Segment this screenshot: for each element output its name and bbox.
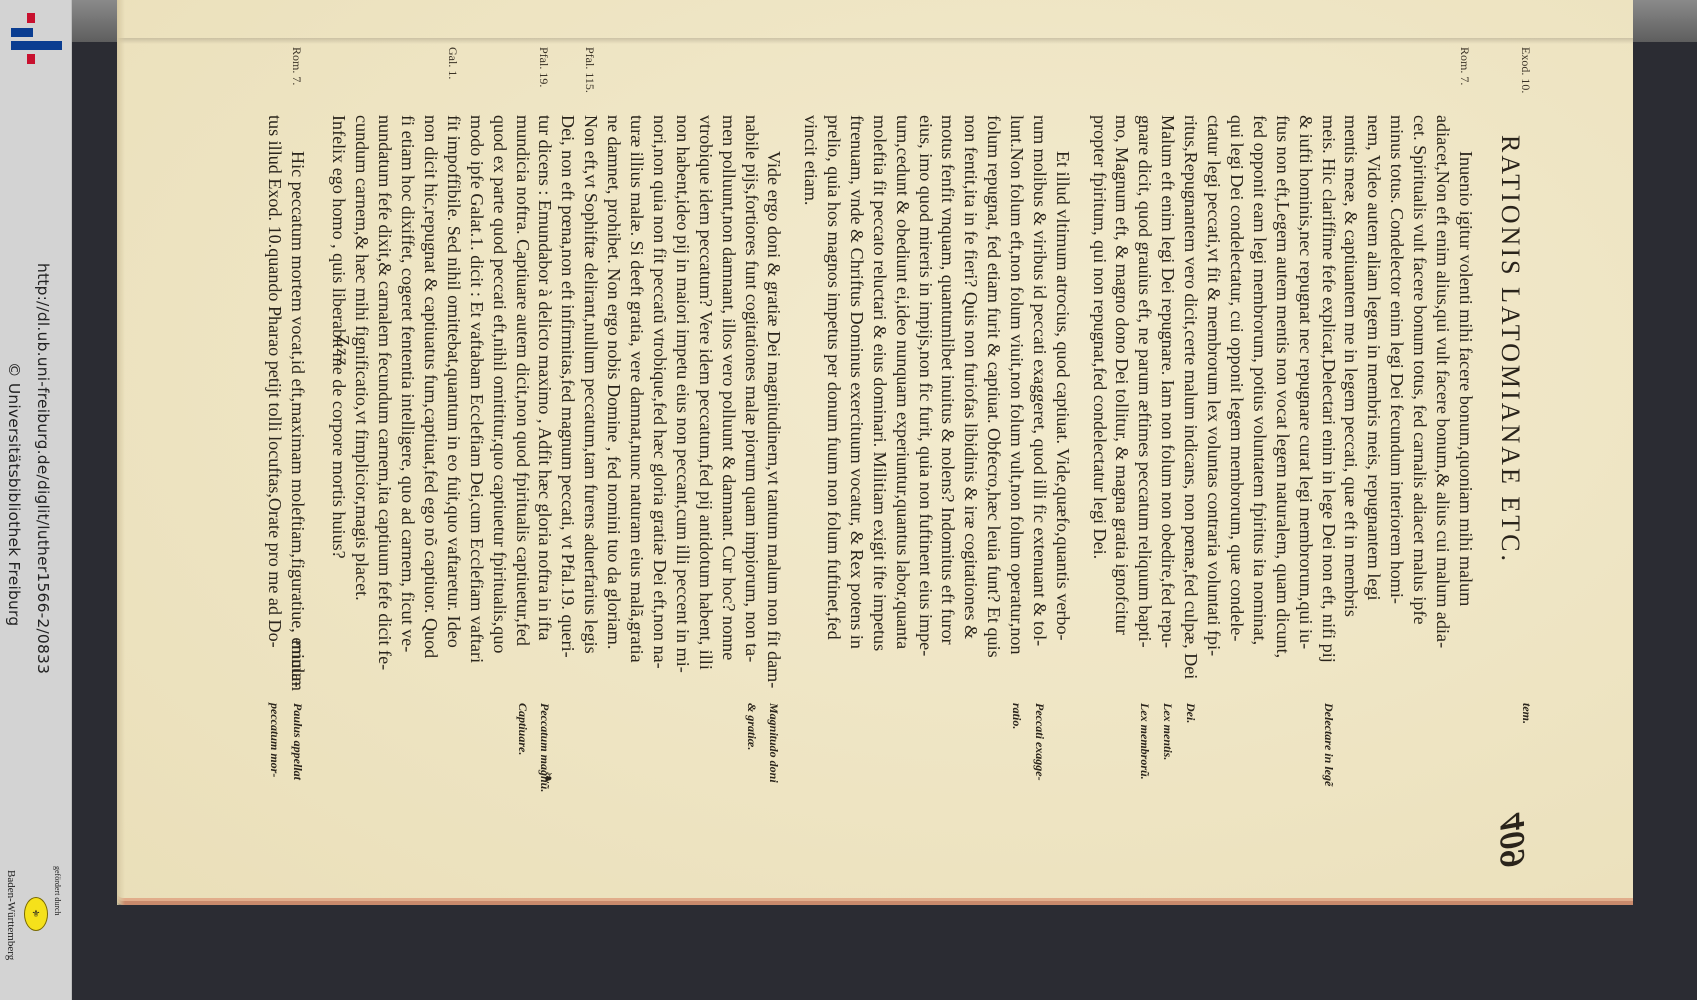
text-line: cundum carnem,& hæc mihi fignificatio,vt… <box>350 115 373 690</box>
text-line: tus illud Exod. 10.quando Pharao petijt … <box>263 115 286 690</box>
fleuron-ornament-icon: ❧ <box>538 771 558 784</box>
text-line: cet. Spiritualis vult facere bonum totus… <box>1408 115 1431 690</box>
catchword: minum <box>287 640 308 691</box>
text-line: qui legi Dei condelectatur, cui opponit … <box>1225 115 1248 690</box>
text-line: ritus,Repugnantem vero dicit,certe malum… <box>1179 115 1202 690</box>
text-line: vincit etiam. <box>799 115 822 690</box>
text-line: minus totus. Condelector enim legi Dei f… <box>1385 115 1408 690</box>
text-line: quod ex parte quod peccati eft,nihil omi… <box>488 115 511 690</box>
rotated-page-content: RATIONIS LATOMIANAE ETC. 409 Inuenio igi… <box>333 95 1533 895</box>
margin-note: peccatum mor- <box>268 703 281 777</box>
text-line: men polluunt,non damnant, illos vero pol… <box>717 115 740 690</box>
margin-note: Paulus appellat <box>291 703 304 780</box>
margin-note: Lex mentis. <box>1161 703 1174 760</box>
text-line: eius, imo quod mireris in impijs,non fic… <box>914 115 937 690</box>
ub-freiburg-logo-icon[interactable] <box>6 13 58 63</box>
text-line: gnare dicit, quod grauius eft, ne parum … <box>1134 115 1157 690</box>
text-line: mundicia noftra. Captiuare autem dicit,n… <box>511 115 534 690</box>
text-line: moleftia fit peccato reluctari & eius do… <box>868 115 891 690</box>
text-line: modo ipfe Galat.1. dicit : Et vaftabam E… <box>465 115 488 690</box>
scripture-reference: Exod. 10. <box>1518 47 1533 93</box>
text-line: non habent,ideo pij in maiori impetu eiu… <box>671 115 694 690</box>
text-line: Hic peccatum mortem vocat,id eft,maximam… <box>286 151 309 690</box>
text-line: mentis meæ, & captiuantem me in legem pe… <box>1340 115 1363 690</box>
permalink-url[interactable]: http://dl.ub.uni-freiburg.de/diglit/luth… <box>34 263 52 674</box>
scripture-reference: Pfal. 19. <box>536 47 551 87</box>
text-line: nabile pijs,fortiores funt cogitationes … <box>740 115 763 690</box>
margin-note: Delectare in legẽ <box>1322 703 1335 786</box>
text-line: adiacet,Non eft enim alius,qui vult face… <box>1431 115 1454 690</box>
margin-note: Lex membrorũ. <box>1138 703 1151 780</box>
text-line: ne damnet, prohibet. Non ergo nobis Domi… <box>602 115 625 690</box>
text-line: turæ illius malæ. Si deeft gratia, vere … <box>625 115 648 690</box>
text-line: prelio, quia hos magnos impetus per donu… <box>822 115 845 690</box>
text-line: propter fpiritum, qui non repugnat,fed c… <box>1088 115 1111 690</box>
margin-note: & gratiæ. <box>745 703 758 750</box>
text-line: folum repugnat, fed etiam furit & captiu… <box>982 115 1005 690</box>
text-line: fi etiam hoc dixiffet, cogeret fententia… <box>396 115 419 690</box>
scripture-reference: Rom. 7. <box>1457 47 1472 85</box>
text-line: rum molibus & viribus id peccati exagger… <box>1028 115 1051 690</box>
baden-wuerttemberg-crest-icon: ⚜ <box>24 897 48 931</box>
margin-note: Captiuare. <box>516 703 529 755</box>
text-line: mo, Magnum eft, & magno dono Dei tollitu… <box>1111 115 1134 690</box>
text-line: lunt.Non folum eft,non folum viuit,non f… <box>1005 115 1028 690</box>
scripture-reference: Rom. 7. <box>289 47 304 85</box>
text-line: vtrobique idem peccatum? Vere idem pecca… <box>694 115 717 690</box>
page-number: 409 <box>1491 813 1533 867</box>
signature-mark: Zzz <box>332 335 353 368</box>
margin-note: Dei. <box>1184 703 1197 723</box>
text-line: Infelix ego homo , quis liberabit me de … <box>327 115 350 690</box>
text-line: nem, Video autem aliam legem in membris … <box>1363 115 1386 690</box>
text-line: tur dicens : Emundabor à delicto maximo … <box>534 115 557 690</box>
viewer-sidebar: http://dl.ub.uni-freiburg.de/diglit/luth… <box>0 0 72 1000</box>
text-line: fed opponit eam legi membrorum, potius v… <box>1248 115 1271 690</box>
funded-by-label: gefördert durch <box>53 866 62 916</box>
text-line: ftus non eft,Legem autem mentis non voca… <box>1271 115 1294 690</box>
text-line: nori,non quia non fit peccatũ vtrobique,… <box>648 115 671 690</box>
text-line: Dei, non eft pœna,non eft infirmitas,fed… <box>556 115 579 690</box>
margin-note: Peccati exagge- <box>1033 703 1046 781</box>
text-line: tum,cedunt & obediunt ei,ideo nunquam ex… <box>891 115 914 690</box>
text-line: meis. Hic clariffime fefe explicat,Delec… <box>1317 115 1340 690</box>
text-line: nundatum fefe dixit,& carnalem fecundum … <box>373 115 396 690</box>
text-line: Vide ergo doni & gratiæ Dei magnitudinem… <box>763 151 786 690</box>
text-line: Malum eft enim legi Dei repugnare. Iam n… <box>1156 115 1179 690</box>
running-header: RATIONIS LATOMIANAE ETC. <box>1495 135 1525 564</box>
copyright-notice: © Universitätsbibliothek Freiburg <box>5 362 23 626</box>
scripture-reference: Pfal. 115. <box>582 47 597 93</box>
text-line: Non eft,vt Sophiftæ delirant,nullum pecc… <box>579 115 602 690</box>
text-line: ctatur legi peccati,vt fit & membrorum l… <box>1202 115 1225 690</box>
text-line: motus fenfit vnquam, quantumlibet inuitu… <box>937 115 960 690</box>
text-line: Et illud vltimum atrocius, quod captiuat… <box>1051 151 1074 690</box>
margin-note: Magnitudo doni <box>767 703 780 783</box>
text-line: & iufti hominis,nec repugnat nec repugna… <box>1294 115 1317 690</box>
margin-note: tem. <box>1520 703 1533 724</box>
text-line: ftrenuam, vnde & Chriftus Dominus exerci… <box>845 115 868 690</box>
text-line: non dicit hic,repugnat & captiuatus fum,… <box>419 115 442 690</box>
margin-note: ratio. <box>1010 703 1023 729</box>
page-gutter <box>117 0 125 905</box>
text-line: Inuenio igitur volenti mihi facere bonum… <box>1454 151 1477 690</box>
scripture-reference: Gal. 1. <box>445 47 460 79</box>
text-line: non fentit,ita in fe fieri? Quis non fur… <box>959 115 982 690</box>
funder-name: Baden-Württemberg <box>5 870 17 960</box>
page-body-text: Inuenio igitur volenti mihi facere bonum… <box>263 115 1477 690</box>
text-line: fit impoffibile. Sed nihil omittebat,qua… <box>442 115 465 690</box>
